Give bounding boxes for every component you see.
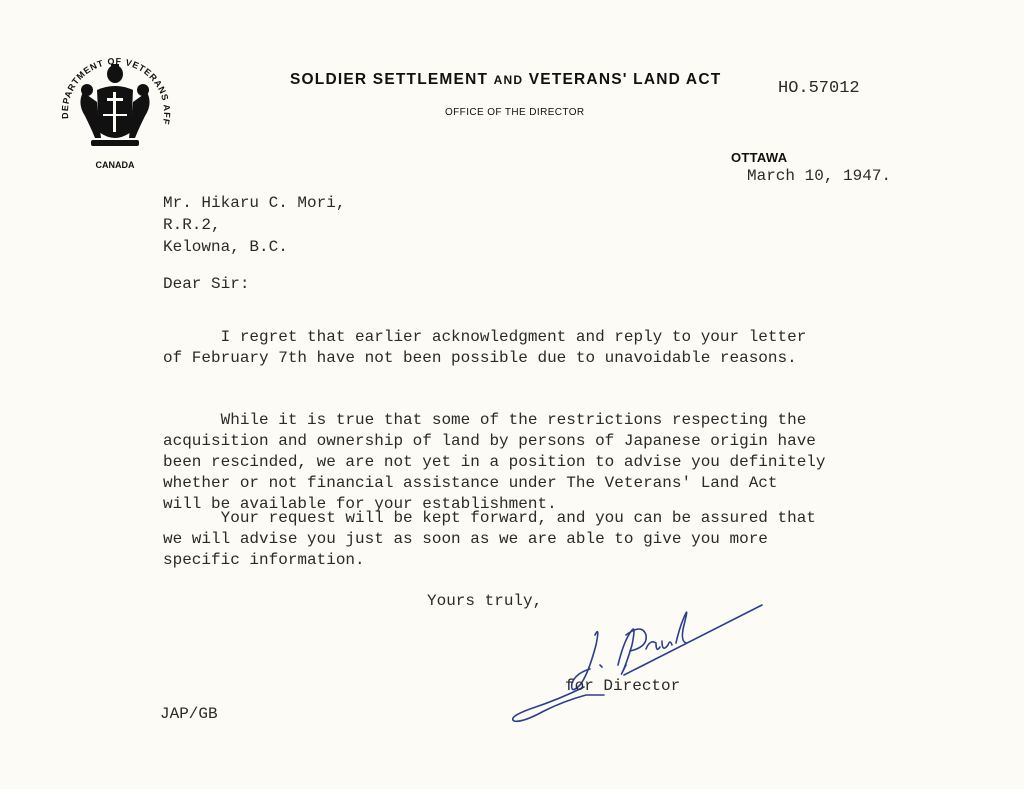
letter-page: DEPARTMENT OF VETERANS AFFAIRS CANADA SO… xyxy=(0,0,1024,789)
recipient-line2: R.R.2, xyxy=(163,214,345,236)
body-paragraph-3: Your request will be kept forward, and y… xyxy=(163,508,816,571)
handwritten-signature xyxy=(500,595,770,730)
body-paragraph-2: While it is true that some of the restri… xyxy=(163,410,826,515)
reference-initials: JAP/GB xyxy=(160,705,218,723)
letterhead-title-part1: SOLDIER SETTLEMENT xyxy=(290,71,494,88)
letterhead-city: OTTAWA xyxy=(731,150,787,165)
recipient-address: Mr. Hikaru C. Mori, R.R.2, Kelowna, B.C. xyxy=(163,192,345,258)
letterhead-title-and: AND xyxy=(494,73,524,87)
letter-date: March 10, 1947. xyxy=(747,167,891,185)
recipient-name: Mr. Hikaru C. Mori, xyxy=(163,192,345,214)
letterhead-office: OFFICE OF THE DIRECTOR xyxy=(445,107,585,118)
letterhead-title: SOLDIER SETTLEMENT AND VETERANS' LAND AC… xyxy=(290,71,721,89)
file-number: HO.57012 xyxy=(778,79,860,98)
salutation: Dear Sir: xyxy=(163,275,249,293)
body-paragraph-1: I regret that earlier acknowledgment and… xyxy=(163,327,806,369)
recipient-line3: Kelowna, B.C. xyxy=(163,236,345,258)
department-seal-icon: DEPARTMENT OF VETERANS AFFAIRS CANADA xyxy=(55,42,175,177)
letterhead-title-part3: VETERANS' LAND ACT xyxy=(523,71,721,88)
signatory-line: for Director xyxy=(565,677,680,695)
svg-text:CANADA: CANADA xyxy=(96,160,135,170)
